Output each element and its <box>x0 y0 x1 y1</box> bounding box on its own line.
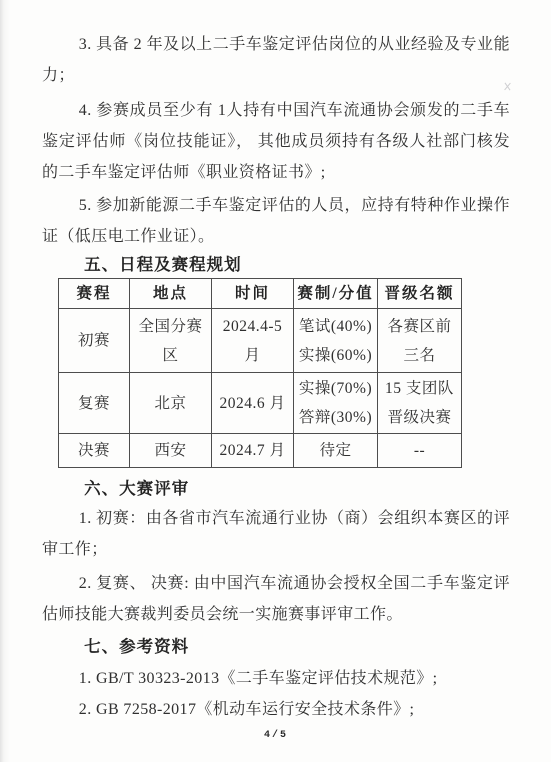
cell-time: 2024.6 月 <box>212 373 294 434</box>
section-heading-schedule: 五、日程及赛程规划 <box>42 252 510 278</box>
table-row-final: 决赛 西安 2024.7 月 待定 -- <box>59 434 462 468</box>
paragraph-reference-2: 2. GB 7258-2017《机动车运行安全技术条件》; <box>42 694 510 725</box>
cell-stage: 决赛 <box>59 434 130 468</box>
table-header-format-score: 赛制/分值 <box>294 279 378 309</box>
cell-format-score: 笔试(40%) 实操(60%) <box>294 309 378 373</box>
cell-quota: -- <box>378 434 462 468</box>
cell-quota: 15 支团队 晋级决赛 <box>378 373 462 434</box>
cell-stage: 初赛 <box>59 309 130 373</box>
cell-location: 西安 <box>130 434 212 468</box>
section-references-body: 1. GB/T 30323-2013《二手车鉴定评估技术规范》; 2. GB 7… <box>42 663 510 725</box>
cell-time: 2024.4-5 月 <box>212 309 294 373</box>
page-number: 4/5 <box>42 729 510 743</box>
table-header-location: 地点 <box>130 279 212 309</box>
cell-stage: 复赛 <box>59 373 130 434</box>
cell-format-score: 待定 <box>294 434 378 468</box>
paragraph-requirement-5: 5. 参加新能源二手车鉴定评估的人员，应持有特种作业操作证（低压电工作业证）。 <box>42 190 510 252</box>
table-header-stage: 赛程 <box>59 279 130 309</box>
table-header-time: 时间 <box>212 279 294 309</box>
paragraph-requirement-4: 4. 参赛成员至少有 1人持有中国汽车流通协会颁发的二手车鉴定评估师《岗位技能证… <box>42 95 510 188</box>
cell-time: 2024.7 月 <box>212 434 294 468</box>
table-header-row: 赛程 地点 时间 赛制/分值 晋级名额 <box>59 279 462 309</box>
cell-location: 全国分赛 区 <box>130 309 212 373</box>
cell-format-score: 实操(70%) 答辩(30%) <box>294 373 378 434</box>
paragraph-reference-1: 1. GB/T 30323-2013《二手车鉴定评估技术规范》; <box>42 663 510 694</box>
table-row-preliminary: 初赛 全国分赛 区 2024.4-5 月 笔试(40%) 实操(60%) 各赛区… <box>59 309 462 373</box>
paragraph-requirement-3: 3. 具备 2 年及以上二手车鉴定评估岗位的从业经验及专业能力； <box>42 29 510 91</box>
section-heading-review: 六、大赛评审 <box>42 475 510 503</box>
table-row-semifinal: 复赛 北京 2024.6 月 实操(70%) 答辩(30%) 15 支团队 晋级… <box>59 373 462 434</box>
paragraph-review-preliminary: 1. 初赛：由各省市汽车流通行业协（商）会组织本赛区的评审工作； <box>42 503 510 565</box>
schedule-table: 赛程 地点 时间 赛制/分值 晋级名额 初赛 全国分赛 区 2024.4-5 月… <box>58 278 462 468</box>
document-body: 3. 具备 2 年及以上二手车鉴定评估岗位的从业经验及专业能力； 4. 参赛成员… <box>0 0 551 743</box>
section-review-body: 1. 初赛：由各省市汽车流通行业协（商）会组织本赛区的评审工作； 2. 复赛、 … <box>42 503 510 630</box>
table-header-quota: 晋级名额 <box>378 279 462 309</box>
paragraph-review-semifinal-final: 2. 复赛、 决赛: 由中国汽车流通协会授权全国二手车鉴定评估师技能大赛裁判委员… <box>42 568 510 630</box>
document-page: 3. 具备 2 年及以上二手车鉴定评估岗位的从业经验及专业能力； 4. 参赛成员… <box>0 0 551 762</box>
section-heading-references: 七、参考资料 <box>42 633 510 661</box>
cell-location: 北京 <box>130 373 212 434</box>
cell-quota: 各赛区前 三名 <box>378 309 462 373</box>
